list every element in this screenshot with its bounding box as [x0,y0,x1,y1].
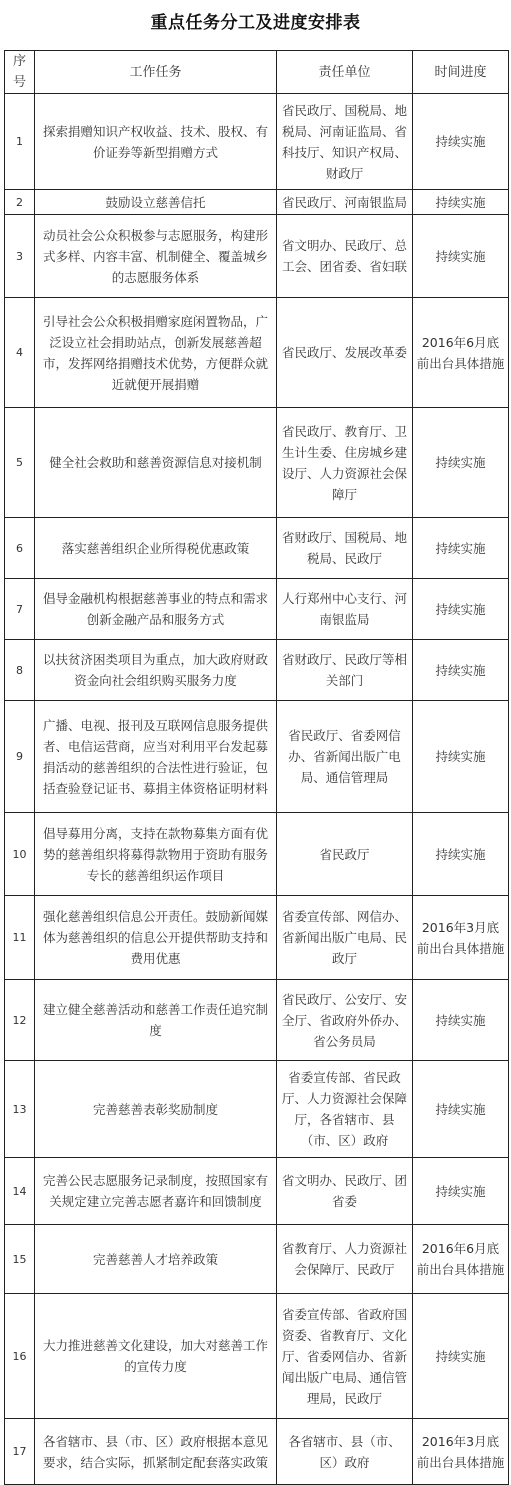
schedule-line: 持续实施 [415,1099,506,1120]
task-schedule-table: 序号 工作任务 责任单位 时间进度 1探索捐赠知识产权收益、技术、股权、有价证券… [4,50,509,1485]
row-schedule: 持续实施 [413,579,509,640]
header-responsible-unit: 责任单位 [277,51,413,94]
row-schedule: 持续实施 [413,408,509,518]
row-index: 15 [5,1225,35,1294]
schedule-line: 2016年3月底 [415,917,506,938]
table-row: 17各省辖市、县（市、区）政府根据本意见要求，结合实际，抓紧制定配套落实政策各省… [5,1419,509,1485]
row-responsible-unit: 省民政厅、河南银监局 [277,190,413,215]
table-row: 16大力推进慈善文化建设，加大对慈善工作的宣传力度省委宣传部、省政府国资委、省教… [5,1294,509,1419]
row-task: 完善慈善人才培养政策 [35,1225,277,1294]
row-schedule: 持续实施 [413,94,509,190]
row-index: 17 [5,1419,35,1485]
schedule-line: 持续实施 [415,1346,506,1367]
row-task: 以扶贫济困类项目为重点，加大政府财政资金向社会组织购买服务力度 [35,640,277,701]
row-responsible-unit: 省文明办、民政厅、团省委 [277,1158,413,1225]
table-row: 2鼓励设立慈善信托省民政厅、河南银监局持续实施 [5,190,509,215]
row-responsible-unit: 省教育厅、人力资源社会保障厅、民政厅 [277,1225,413,1294]
schedule-line: 2016年6月底 [415,332,506,353]
row-schedule: 持续实施 [413,215,509,298]
row-index: 12 [5,980,35,1061]
table-row: 1探索捐赠知识产权收益、技术、股权、有价证券等新型捐赠方式省民政厅、国税局、地税… [5,94,509,190]
row-task: 广播、电视、报刊及互联网信息服务提供者、电信运营商，应当对利用平台发起募捐活动的… [35,701,277,813]
row-task: 健全社会救助和慈善资源信息对接机制 [35,408,277,518]
table-row: 10倡导募用分离，支持在款物募集方面有优势的慈善组织将募得款物用于资助有服务专长… [5,813,509,896]
schedule-line: 持续实施 [415,1010,506,1031]
row-schedule: 持续实施 [413,190,509,215]
row-responsible-unit: 各省辖市、县（市、区）政府 [277,1419,413,1485]
row-schedule: 持续实施 [413,1158,509,1225]
row-responsible-unit: 省民政厅、国税局、地税局、河南证监局、省科技厅、知识产权局、财政厅 [277,94,413,190]
row-index: 16 [5,1294,35,1419]
row-task: 倡导金融机构根据慈善事业的特点和需求创新金融产品和服务方式 [35,579,277,640]
row-index: 6 [5,518,35,579]
row-responsible-unit: 省委宣传部、省政府国资委、省教育厅、文化厅、省委网信办、省新闻出版广电局、通信管… [277,1294,413,1419]
table-row: 14完善公民志愿服务记录制度，按照国家有关规定建立完善志愿者嘉许和回馈制度省文明… [5,1158,509,1225]
row-index: 9 [5,701,35,813]
row-index: 2 [5,190,35,215]
table-row: 4引导社会公众积极捐赠家庭闲置物品，广泛设立社会捐助站点，创新发展慈善超市，发挥… [5,298,509,408]
row-task: 完善公民志愿服务记录制度，按照国家有关规定建立完善志愿者嘉许和回馈制度 [35,1158,277,1225]
row-task: 倡导募用分离，支持在款物募集方面有优势的慈善组织将募得款物用于资助有服务专长的慈… [35,813,277,896]
row-index: 5 [5,408,35,518]
schedule-line: 2016年3月底 [415,1431,506,1452]
row-index: 3 [5,215,35,298]
schedule-line: 前出台具体措施 [415,1452,506,1473]
row-schedule: 2016年6月底前出台具体措施 [413,1225,509,1294]
row-task: 鼓励设立慈善信托 [35,190,277,215]
header-schedule: 时间进度 [413,51,509,94]
row-schedule: 持续实施 [413,1294,509,1419]
row-schedule: 持续实施 [413,980,509,1061]
row-task: 探索捐赠知识产权收益、技术、股权、有价证券等新型捐赠方式 [35,94,277,190]
schedule-line: 前出台具体措施 [415,1259,506,1280]
row-schedule: 2016年3月底前出台具体措施 [413,1419,509,1485]
row-index: 4 [5,298,35,408]
row-index: 7 [5,579,35,640]
row-responsible-unit: 省民政厅 [277,813,413,896]
table-row: 13完善慈善表彰奖励制度省委宣传部、省民政厅、人力资源社会保障厅，各省辖市、县（… [5,1061,509,1158]
row-responsible-unit: 省民政厅、省委网信办、省新闻出版广电局、通信管理局 [277,701,413,813]
row-schedule: 持续实施 [413,701,509,813]
header-task: 工作任务 [35,51,277,94]
schedule-line: 持续实施 [415,192,506,213]
row-task: 建立健全慈善活动和慈善工作责任追究制度 [35,980,277,1061]
schedule-line: 前出台具体措施 [415,353,506,374]
table-header-row: 序号 工作任务 责任单位 时间进度 [5,51,509,94]
schedule-line: 持续实施 [415,599,506,620]
table-row: 12建立健全慈善活动和慈善工作责任追究制度省民政厅、公安厅、安全厅、省政府外侨办… [5,980,509,1061]
row-task: 完善慈善表彰奖励制度 [35,1061,277,1158]
schedule-line: 持续实施 [415,131,506,152]
row-schedule: 持续实施 [413,640,509,701]
table-row: 5健全社会救助和慈善资源信息对接机制省民政厅、教育厅、卫生计生委、住房城乡建设厅… [5,408,509,518]
row-responsible-unit: 省民政厅、发展改革委 [277,298,413,408]
table-row: 15完善慈善人才培养政策省教育厅、人力资源社会保障厅、民政厅2016年6月底前出… [5,1225,509,1294]
row-task: 各省辖市、县（市、区）政府根据本意见要求，结合实际，抓紧制定配套落实政策 [35,1419,277,1485]
schedule-line: 持续实施 [415,746,506,767]
row-responsible-unit: 人行郑州中心支行、河南银监局 [277,579,413,640]
row-schedule: 持续实施 [413,813,509,896]
table-row: 9广播、电视、报刊及互联网信息服务提供者、电信运营商，应当对利用平台发起募捐活动… [5,701,509,813]
row-responsible-unit: 省民政厅、公安厅、安全厅、省政府外侨办、省公务员局 [277,980,413,1061]
row-schedule: 2016年3月底前出台具体措施 [413,896,509,980]
table-row: 7倡导金融机构根据慈善事业的特点和需求创新金融产品和服务方式人行郑州中心支行、河… [5,579,509,640]
schedule-line: 持续实施 [415,660,506,681]
schedule-line: 前出台具体措施 [415,938,506,959]
row-responsible-unit: 省民政厅、教育厅、卫生计生委、住房城乡建设厅、人力资源社会保障厅 [277,408,413,518]
row-schedule: 持续实施 [413,1061,509,1158]
row-index: 8 [5,640,35,701]
row-responsible-unit: 省财政厅、民政厅等相关部门 [277,640,413,701]
table-row: 6落实慈善组织企业所得税优惠政策省财政厅、国税局、地税局、民政厅持续实施 [5,518,509,579]
row-index: 13 [5,1061,35,1158]
row-index: 10 [5,813,35,896]
schedule-line: 持续实施 [415,452,506,473]
row-schedule: 持续实施 [413,518,509,579]
table-row: 3动员社会公众积极参与志愿服务，构建形式多样、内容丰富、机制健全、覆盖城乡的志愿… [5,215,509,298]
row-index: 1 [5,94,35,190]
table-row: 11强化慈善组织信息公开责任。鼓励新闻媒体为慈善组织的信息公开提供帮助支持和费用… [5,896,509,980]
row-task: 大力推进慈善文化建设，加大对慈善工作的宣传力度 [35,1294,277,1419]
row-responsible-unit: 省委宣传部、网信办、省新闻出版广电局、民政厅 [277,896,413,980]
schedule-line: 持续实施 [415,538,506,559]
row-responsible-unit: 省委宣传部、省民政厅、人力资源社会保障厅，各省辖市、县（市、区）政府 [277,1061,413,1158]
row-index: 14 [5,1158,35,1225]
table-row: 8以扶贫济困类项目为重点，加大政府财政资金向社会组织购买服务力度省财政厅、民政厅… [5,640,509,701]
row-task: 动员社会公众积极参与志愿服务，构建形式多样、内容丰富、机制健全、覆盖城乡的志愿服… [35,215,277,298]
row-task: 落实慈善组织企业所得税优惠政策 [35,518,277,579]
page-title: 重点任务分工及进度安排表 [0,8,511,33]
row-task: 强化慈善组织信息公开责任。鼓励新闻媒体为慈善组织的信息公开提供帮助支持和费用优惠 [35,896,277,980]
schedule-line: 2016年6月底 [415,1238,506,1259]
schedule-line: 持续实施 [415,1181,506,1202]
row-task: 引导社会公众积极捐赠家庭闲置物品，广泛设立社会捐助站点，创新发展慈善超市，发挥网… [35,298,277,408]
row-schedule: 2016年6月底前出台具体措施 [413,298,509,408]
row-responsible-unit: 省文明办、民政厅、总工会、团省委、省妇联 [277,215,413,298]
header-index: 序号 [5,51,35,94]
row-index: 11 [5,896,35,980]
row-responsible-unit: 省财政厅、国税局、地税局、民政厅 [277,518,413,579]
schedule-line: 持续实施 [415,844,506,865]
schedule-line: 持续实施 [415,246,506,267]
